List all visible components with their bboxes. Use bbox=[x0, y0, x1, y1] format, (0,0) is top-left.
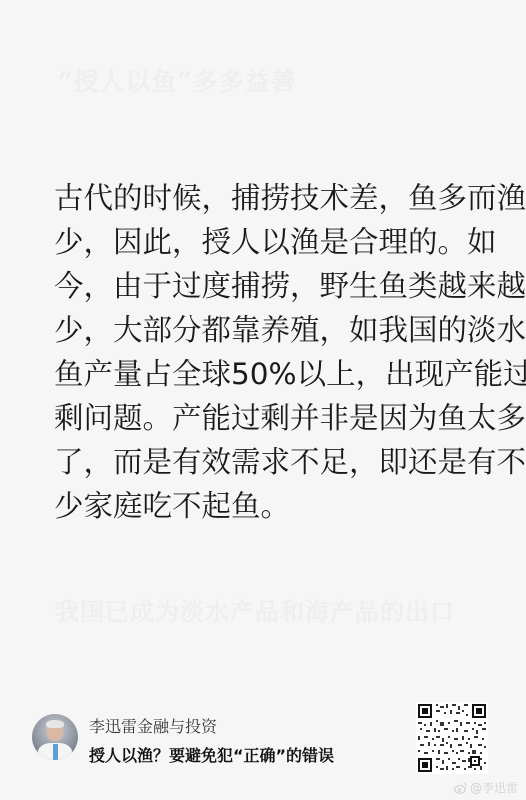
article-line: 少，大部分都靠养殖，如我国的淡水 bbox=[54, 308, 474, 352]
avatar-tie bbox=[53, 744, 58, 760]
author-name[interactable]: 李迅雷金融与投资 bbox=[89, 714, 217, 737]
avatar[interactable] bbox=[32, 714, 78, 760]
faded-bottom-text: 我国已成为淡水产品和海产品的出口 bbox=[55, 592, 455, 627]
article-line: 今，由于过度捕捞，野生鱼类越来越 bbox=[54, 264, 474, 308]
watermark-text: @李迅雷 bbox=[470, 779, 518, 796]
article-title[interactable]: 授人以渔？要避免犯“正确”的错误 bbox=[89, 743, 334, 766]
footer-card[interactable]: 李迅雷金融与投资 授人以渔？要避免犯“正确”的错误 bbox=[0, 690, 526, 800]
article-line: 古代的时候，捕捞技术差，鱼多而渔 bbox=[54, 176, 474, 220]
article-line: 少，因此，授人以渔是合理的。如 bbox=[54, 220, 474, 264]
avatar-hair bbox=[46, 720, 64, 728]
article-body: 古代的时候，捕捞技术差，鱼多而渔 少，因此，授人以渔是合理的。如 今，由于过度捕… bbox=[54, 176, 474, 528]
article-line: 剩问题。产能过剩并非是因为鱼太多 bbox=[54, 396, 474, 440]
article-line: 了，而是有效需求不足，即还是有不 bbox=[54, 440, 474, 484]
qr-code-icon[interactable] bbox=[416, 702, 488, 774]
article-line: 少家庭吃不起鱼。 bbox=[54, 484, 474, 528]
faded-heading: “授人以鱼”多多益善 bbox=[58, 62, 297, 98]
article-line: 鱼产量占全球50%以上，出现产能过 bbox=[54, 352, 474, 396]
weibo-icon bbox=[454, 782, 468, 794]
watermark: @李迅雷 bbox=[454, 779, 518, 796]
